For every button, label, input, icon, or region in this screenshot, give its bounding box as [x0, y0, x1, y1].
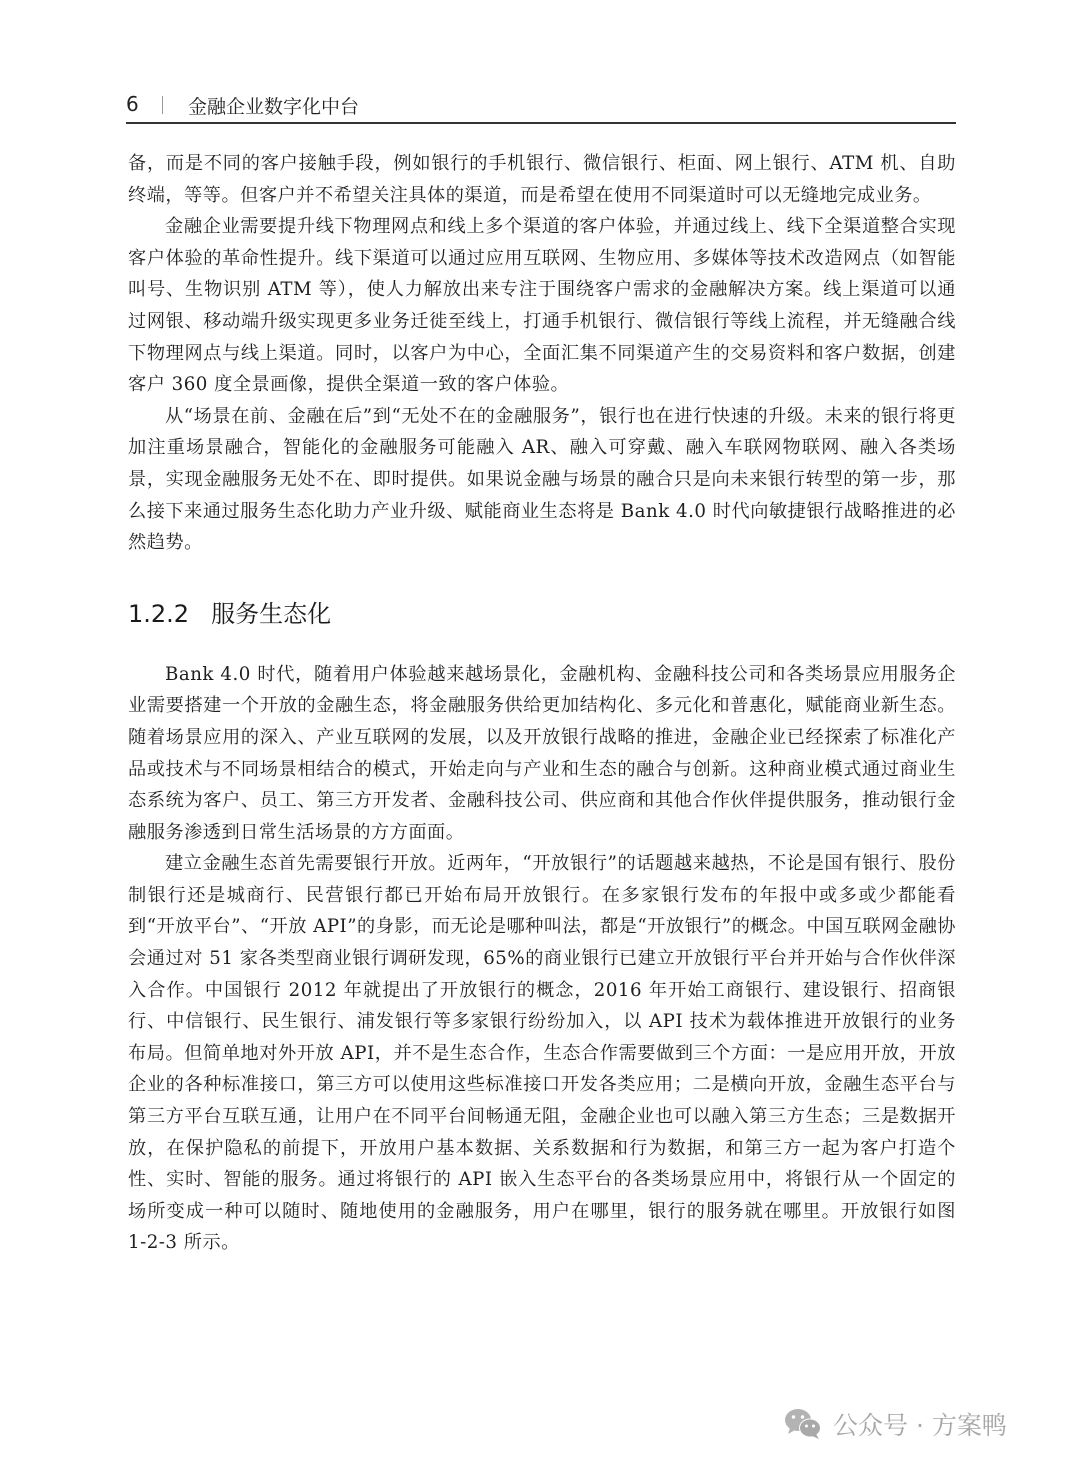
section-heading: 1.2.2服务生态化	[128, 597, 956, 631]
section-title: 服务生态化	[211, 600, 331, 628]
watermark: 公众号 · 方案鸭	[783, 1404, 1007, 1444]
paragraph: 备，而是不同的客户接触手段，例如银行的手机银行、微信银行、柜面、网上银行、ATM…	[128, 148, 956, 211]
paragraph: 金融企业需要提升线下物理网点和线上多个渠道的客户体验，并通过线上、线下全渠道整合…	[128, 211, 956, 401]
page-number: 6	[126, 92, 139, 116]
page-body: 备，而是不同的客户接触手段，例如银行的手机银行、微信银行、柜面、网上银行、ATM…	[128, 148, 956, 1259]
header-divider	[162, 96, 163, 114]
section-number: 1.2.2	[128, 600, 189, 628]
paragraph: 从“场景在前、金融在后”到“无处不在的金融服务”，银行也在进行快速的升级。未来的…	[128, 401, 956, 559]
paragraph: Bank 4.0 时代，随着用户体验越来越场景化，金融机构、金融科技公司和各类场…	[128, 659, 956, 849]
page-header: 6 金融企业数字化中台	[126, 92, 956, 124]
book-title: 金融企业数字化中台	[188, 92, 359, 119]
watermark-text: 公众号 · 方案鸭	[833, 1406, 1007, 1442]
wechat-icon	[783, 1407, 823, 1441]
paragraph: 建立金融生态首先需要银行开放。近两年，“开放银行”的话题越来越热，不论是国有银行…	[128, 848, 956, 1259]
